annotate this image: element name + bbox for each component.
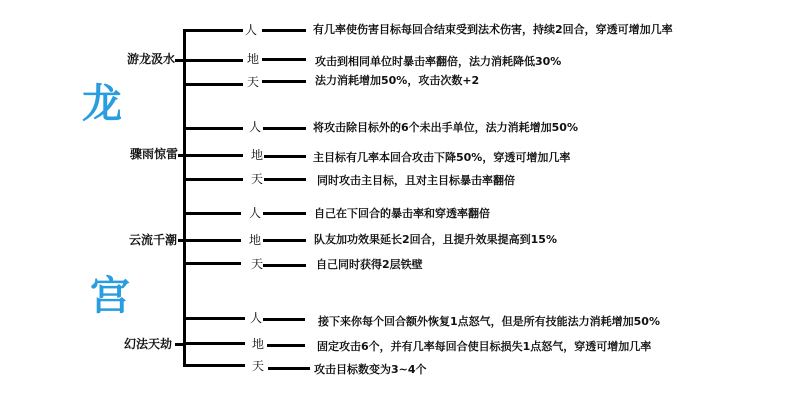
branch-line <box>183 29 243 32</box>
tier-desc: 攻击目标数变为3~4个 <box>314 363 427 377</box>
leaf-line <box>264 178 306 181</box>
tier-label: 天 <box>251 359 265 373</box>
tier-desc: 主目标有几率本回合攻击下降50%，穿透可增加几率 <box>313 151 570 165</box>
branch-line <box>183 154 243 157</box>
title-char-gong: 宫 <box>90 276 130 316</box>
skill-name: 游龙汲水 <box>127 52 175 66</box>
branch-line <box>183 178 243 181</box>
tier-desc: 攻击到相同单位时暴击率翻倍，法力消耗降低30% <box>315 55 561 69</box>
branch-line <box>183 239 241 242</box>
branch-line <box>183 127 243 130</box>
leaf-line <box>267 344 305 347</box>
leaf-line <box>263 212 306 215</box>
tier-desc: 固定攻击6个，并有几率每回合使目标损失1点怒气，穿透可增加几率 <box>317 340 651 354</box>
tier-desc: 队友加功效果延长2回合，且提升效果提高到15% <box>314 233 557 247</box>
tier-desc: 同时攻击主目标，且对主目标暴击率翻倍 <box>317 174 515 188</box>
tier-label: 地 <box>251 337 265 351</box>
skill-name: 幻法天劫 <box>124 337 172 351</box>
leaf-line <box>262 58 306 61</box>
branch-line <box>183 83 243 86</box>
leaf-line <box>262 80 306 83</box>
leaf-line <box>268 367 310 370</box>
tier-label: 人 <box>248 206 262 220</box>
skill-name: 云流千潮 <box>129 233 177 247</box>
branch-line <box>183 342 245 345</box>
tier-desc: 法力消耗增加50%，攻击次数+2 <box>315 74 479 88</box>
leaf-line <box>263 318 305 321</box>
tier-desc: 自己在下回合的暴击率和穿透率翻倍 <box>314 207 490 221</box>
tier-desc: 将攻击除目标外的6个未出手单位，法力消耗增加50% <box>313 121 578 135</box>
leaf-line <box>263 239 306 242</box>
leaf-line <box>263 127 306 130</box>
tier-label: 人 <box>249 311 263 325</box>
tier-desc: 接下来你每个回合额外恢复1点怒气，但是所有技能法力消耗增加50% <box>318 315 660 329</box>
tier-label: 人 <box>244 23 258 37</box>
leaf-line <box>264 155 306 158</box>
tier-desc: 自己同时获得2层铁壁 <box>316 258 423 272</box>
tree-spine-upper <box>183 29 186 166</box>
tier-label: 天 <box>246 75 260 89</box>
branch-line <box>183 59 243 62</box>
tier-label: 地 <box>250 148 264 162</box>
title-char-long: 龙 <box>82 84 122 124</box>
tier-desc: 有几率使伤害目标每回合结束受到法术伤害，持续2回合，穿透可增加几率 <box>313 23 673 37</box>
tier-label: 地 <box>248 233 262 247</box>
branch-line <box>183 262 241 265</box>
tier-label: 地 <box>246 52 260 66</box>
skill-name: 骤雨惊雷 <box>130 147 178 161</box>
branch-line <box>183 317 245 320</box>
tier-label: 天 <box>250 172 264 186</box>
branch-line <box>183 364 245 367</box>
tier-label: 天 <box>250 257 264 271</box>
tree-spine-lower <box>183 166 186 366</box>
tier-label: 人 <box>248 120 262 134</box>
leaf-line <box>262 29 306 32</box>
leaf-line <box>263 264 306 267</box>
branch-line <box>183 212 241 215</box>
